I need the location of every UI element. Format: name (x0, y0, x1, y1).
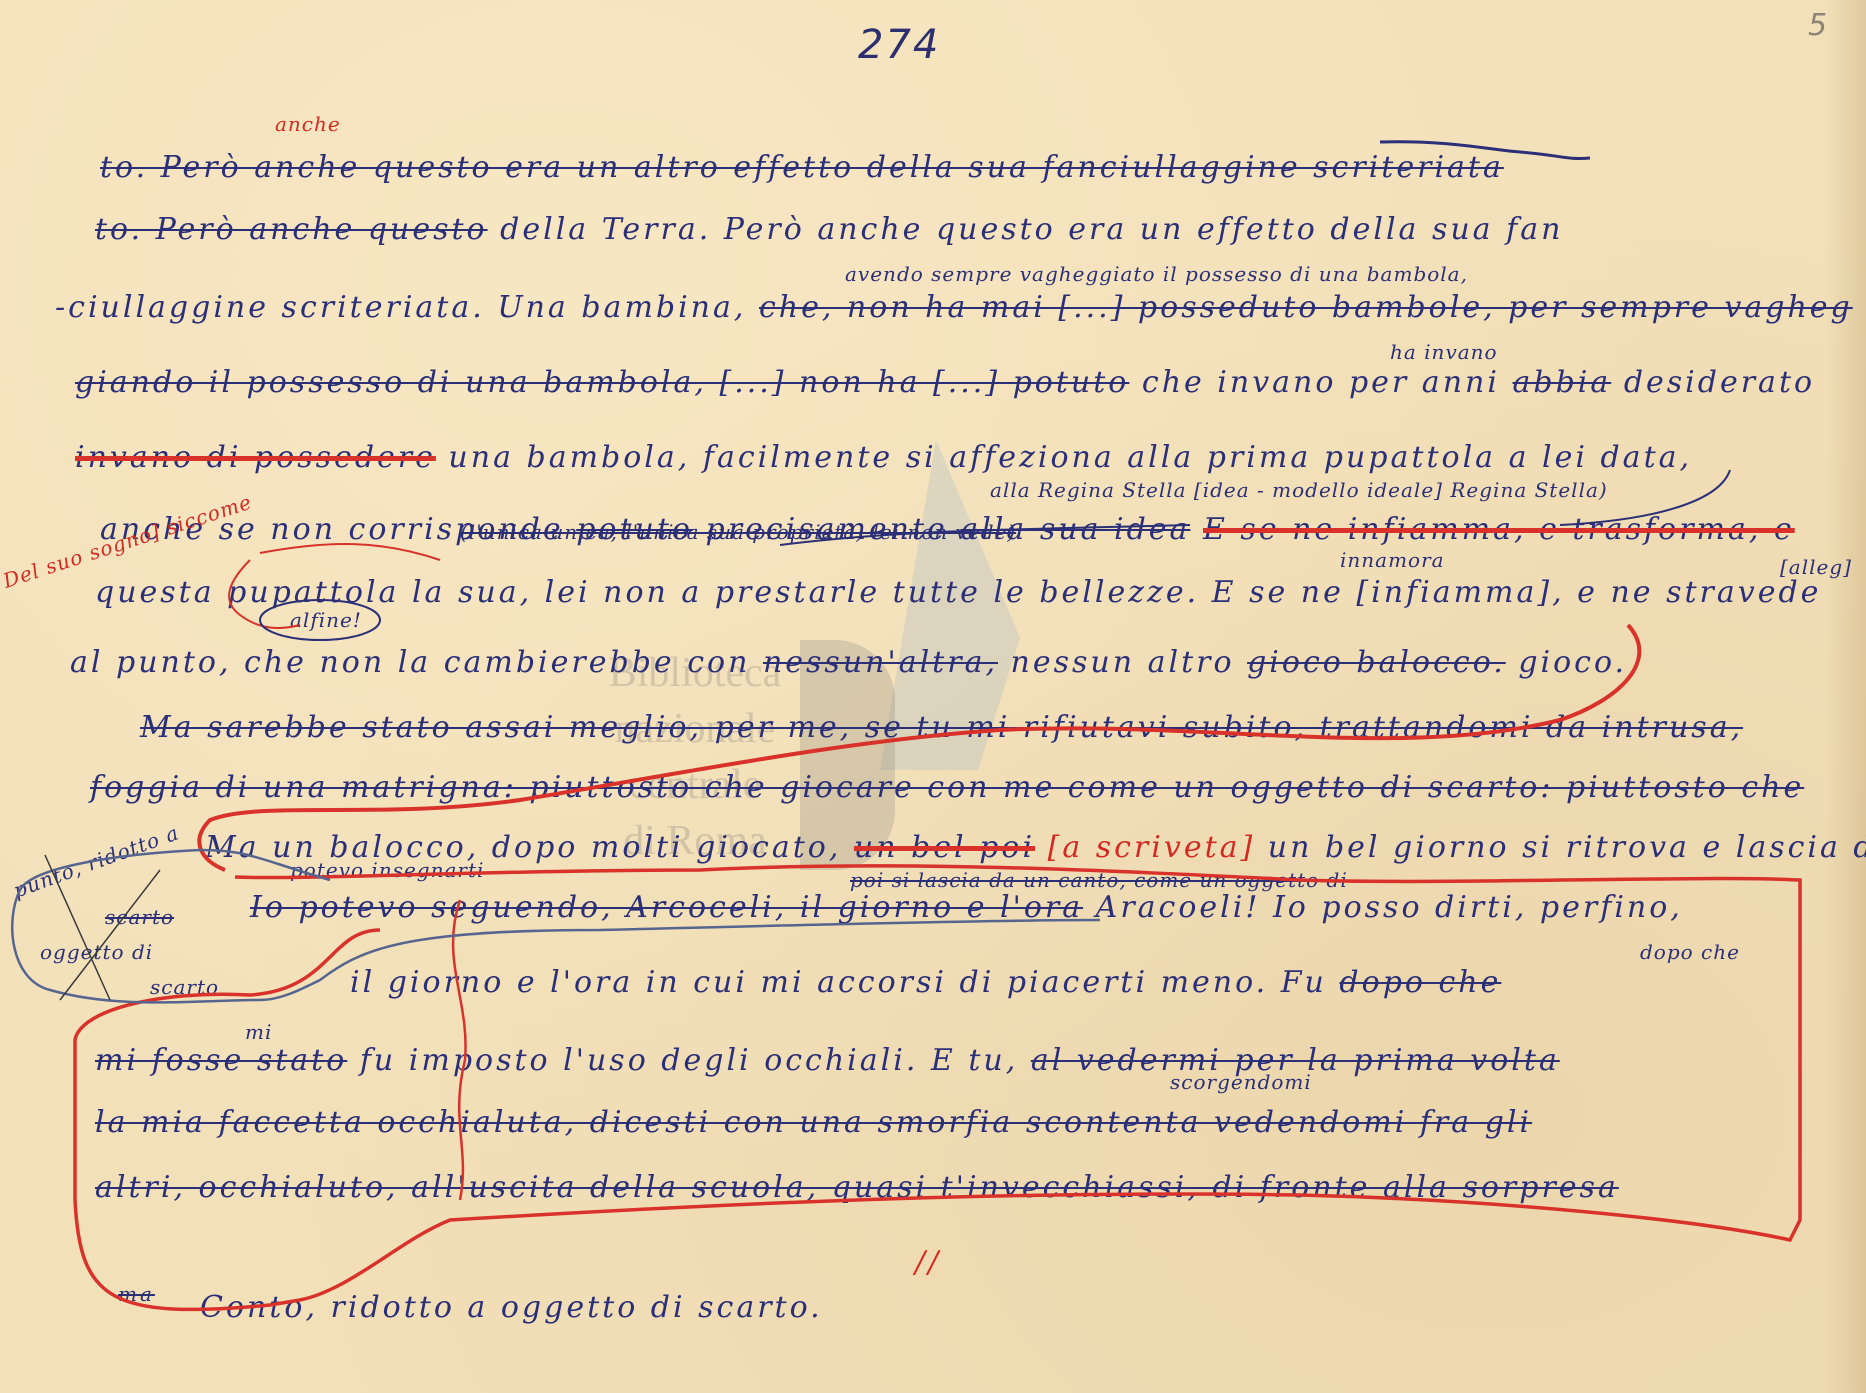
red-bracket-upper (199, 625, 1639, 870)
strike-tail (1380, 142, 1590, 159)
annotation-strokes (0, 0, 1866, 1393)
blue-connector (780, 525, 1190, 545)
cross-out-x (45, 855, 160, 1000)
red-enclosure (75, 866, 1800, 1310)
red-divider (453, 900, 466, 1200)
manuscript-page: Biblioteca nazionale centrale di Roma 27… (0, 0, 1866, 1393)
blue-connector-right (1560, 470, 1730, 525)
circle-alfine (260, 600, 380, 640)
red-underline (260, 544, 440, 560)
red-loop (229, 560, 300, 628)
